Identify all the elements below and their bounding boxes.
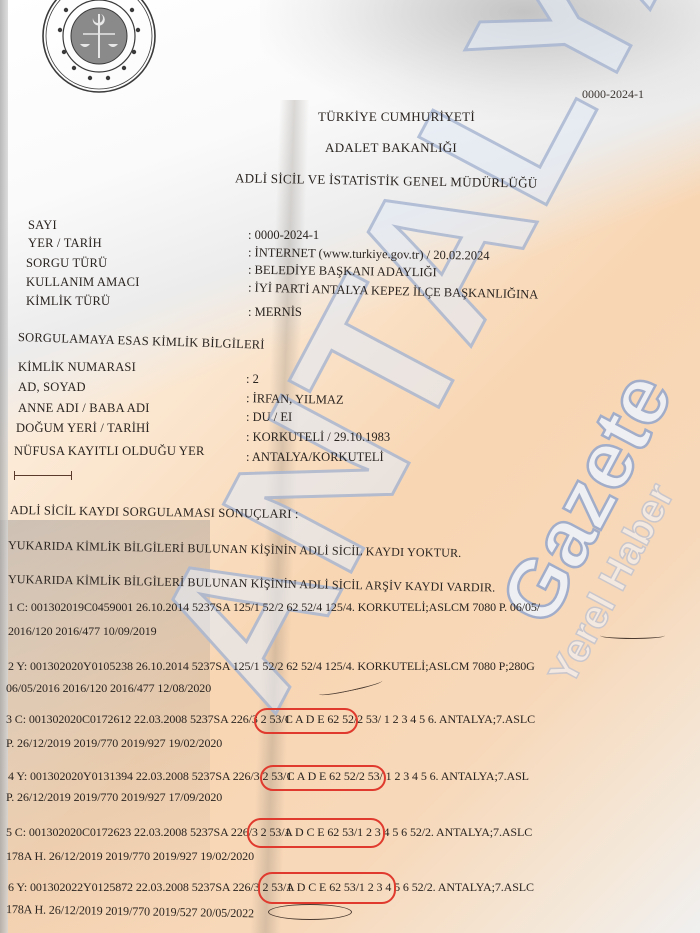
label-dogum-yeri-tarihi: DOĞUM YERİ / TARİHİ bbox=[16, 421, 150, 436]
value-sorgu-turu: : BELEDİYE BAŞKANI ADAYLIĞI bbox=[248, 263, 437, 281]
label-sayi: SAYI bbox=[28, 218, 57, 233]
red-annotation-circle bbox=[260, 765, 386, 791]
label-ad-soyad: AD, SOYAD bbox=[18, 380, 86, 395]
photo-shadow bbox=[260, 0, 700, 120]
handwritten-mark bbox=[600, 632, 665, 639]
value-ad-soyad: : İRFAN, YILMAZ bbox=[246, 391, 344, 408]
red-annotation-circle bbox=[247, 818, 385, 848]
label-anne-baba-adi: ANNE ADI / BABA ADI bbox=[18, 401, 150, 416]
record-4-line-2: P. 26/12/2019 2019/770 2019/927 17/09/20… bbox=[6, 790, 222, 805]
record-1-line-2: 2016/120 2016/477 10/09/2019 bbox=[8, 624, 157, 639]
handwritten-circle-date bbox=[268, 904, 352, 920]
label-sorgu-turu: SORGU TÜRÜ bbox=[26, 256, 107, 271]
label-nufusa-kayitli-yer: NÜFUSA KAYITLI OLDUĞU YER bbox=[14, 444, 205, 459]
header-ministry: ADALET BAKANLIĞI bbox=[325, 140, 457, 156]
record-4-prefix: 4 Y: 001302020Y0131394 22.03.2008 bbox=[8, 769, 189, 783]
record-3-line-2: P. 26/12/2019 2019/770 2019/927 19/02/20… bbox=[6, 736, 222, 751]
value-nufusa-kayitli-yer: : ANTALYA/KORKUTELİ bbox=[246, 450, 384, 465]
red-annotation-circle bbox=[254, 708, 358, 734]
record-2-line-2: 06/05/2016 2016/120 2016/477 12/08/2020 bbox=[6, 681, 211, 696]
value-kimlik-turu: : MERNİS bbox=[248, 305, 302, 320]
label-kullanim-amaci: KULLANIM AMACI bbox=[26, 275, 140, 290]
label-kimlik-turu: KİMLİK TÜRÜ bbox=[26, 294, 110, 309]
record-6-prefix: 6 Y: 001302022Y0125872 22.03.2008 bbox=[8, 880, 189, 894]
ministry-of-justice-seal-icon bbox=[40, 0, 158, 96]
record-2-line-1: 2 Y: 001302020Y0105238 26.10.2014 5237SA… bbox=[8, 659, 535, 674]
reference-number: 0000-2024-1 bbox=[582, 87, 644, 102]
value-anne-baba-adi: : DU / EI bbox=[246, 410, 292, 425]
record-1-line-1: 1 C: 001302019C0459001 26.10.2014 5237SA… bbox=[8, 600, 540, 615]
label-kimlik-numarasi: KİMLİK NUMARASI bbox=[18, 360, 136, 375]
record-3-prefix: 3 C: 001302020C0172612 22.03.2008 bbox=[6, 712, 187, 726]
value-kimlik-numarasi: : 2 bbox=[246, 372, 259, 387]
record-5-line-2: 178A H. 26/12/2019 2019/770 2019/927 19/… bbox=[6, 849, 254, 864]
divider-line bbox=[14, 475, 72, 476]
label-yer-tarih: YER / TARİH bbox=[28, 236, 102, 251]
red-annotation-circle bbox=[258, 872, 396, 904]
value-sayi: : 0000-2024-1 bbox=[248, 228, 319, 243]
header-country: TÜRKİYE CUMHURİYETİ bbox=[318, 109, 475, 125]
value-dogum-yeri-tarihi: : KORKUTELİ / 29.10.1983 bbox=[246, 430, 390, 445]
record-5-prefix: 5 C: 001302020C0172623 22.03.2008 bbox=[6, 825, 187, 839]
